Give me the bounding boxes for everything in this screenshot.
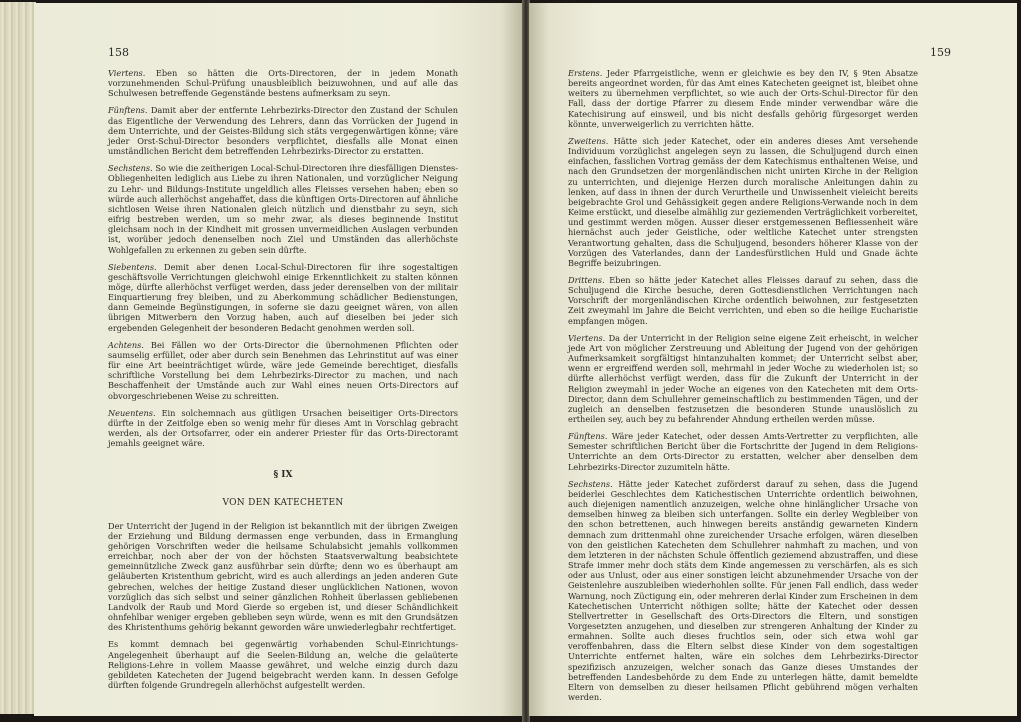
paragraph-sechstens: Sechstens. So wie die zeitherigen Local-… xyxy=(108,163,458,254)
paragraph-lead: Viertens. xyxy=(108,68,145,78)
paragraph-lead: Fünftens. xyxy=(568,431,607,441)
right-text-column: Erstens. Jeder Pfarrgeistliche, wenn er … xyxy=(568,68,918,709)
paragraph-viertens: Viertens. Da der Unterricht in der Relig… xyxy=(568,333,918,424)
paragraph-text: Wäre jeder Katechet, oder dessen Amts-Ve… xyxy=(568,431,918,471)
paragraph-achtens: Achtens. Bei Fällen wo der Orts-Director… xyxy=(108,340,458,401)
paragraph-lead: Zweitens. xyxy=(568,136,608,146)
paragraph-text: Bei Fällen wo der Orts-Director die über… xyxy=(108,340,458,401)
paragraph-viertens: Viertens. Eben so hätten die Orts-Direct… xyxy=(108,68,458,98)
page-number-right: 159 xyxy=(930,46,951,59)
paragraph-sechstens: Sechstens. Hätte jeder Katechet zuförder… xyxy=(568,479,918,702)
paragraph-fuenftens: Fünftens. Wäre jeder Katechet, oder dess… xyxy=(568,431,918,472)
paragraph-zweitens: Zweitens. Hätte sich jeder Katechet, ode… xyxy=(568,136,918,268)
section-mark: § IX xyxy=(108,470,458,480)
page-number-left: 158 xyxy=(108,46,129,59)
book-spread: 158 159 Viertens. Eben so hätten die Ort… xyxy=(0,0,1021,722)
paragraph-lead: Erstens. xyxy=(568,68,602,78)
paragraph-siebentens: Siebentens. Demit aber denen Local-Schul… xyxy=(108,262,458,333)
paragraph-neuentens: Neuentens. Ein solchemnach aus gütligen … xyxy=(108,408,458,449)
paragraph-text: So wie die zeitherigen Local-Schul-Direc… xyxy=(108,163,458,254)
section-paragraph: Es kommt demnach bei gegenwärtig vorhabe… xyxy=(108,639,458,690)
paragraph-lead: Sechstens. xyxy=(568,479,613,489)
paragraph-lead: Achtens. xyxy=(108,340,144,350)
section-title: VON DEN KATECHETEN xyxy=(108,498,458,508)
paragraph-lead: Drittens. xyxy=(568,275,605,285)
paragraph-text: Demit aber denen Local-Schul-Directoren … xyxy=(108,262,458,333)
paragraph-fuenftens: Fünftens. Damit aber der entfernte Lehrb… xyxy=(108,105,458,156)
paragraph-text: Damit aber der entfernte Lehrbezirks-Dir… xyxy=(108,105,458,156)
paragraph-lead: Sechstens. xyxy=(108,163,153,173)
section-paragraph: Der Unterricht der Jugend in der Religio… xyxy=(108,521,458,633)
paragraph-drittens: Drittens. Eben so hätte jeder Katechet a… xyxy=(568,275,918,326)
paragraph-text: Jeder Pfarrgeistliche, wenn er gleichwie… xyxy=(568,68,918,129)
paragraph-lead: Neuentens. xyxy=(108,408,156,418)
paragraph-erstens: Erstens. Jeder Pfarrgeistliche, wenn er … xyxy=(568,68,918,129)
paragraph-text: Ein solchemnach aus gütligen Ursachen be… xyxy=(108,408,458,448)
paragraph-lead: Fünftens. xyxy=(108,105,147,115)
paragraph-text: Da der Unterricht in der Religion seine … xyxy=(568,333,918,424)
page-edges xyxy=(0,2,36,714)
paragraph-text: Eben so hätten die Orts-Directoren, der … xyxy=(108,68,458,98)
paragraph-lead: Siebentens. xyxy=(108,262,157,272)
paragraph-lead: Viertens. xyxy=(568,333,605,343)
paragraph-text: Hätte jeder Katechet zuförderst darauf z… xyxy=(568,479,918,702)
left-text-column: Viertens. Eben so hätten die Orts-Direct… xyxy=(108,68,458,697)
paragraph-text: Hätte sich jeder Katechet, oder ein ande… xyxy=(568,136,918,268)
paragraph-text: Eben so hätte jeder Katechet alles Fleis… xyxy=(568,275,918,326)
